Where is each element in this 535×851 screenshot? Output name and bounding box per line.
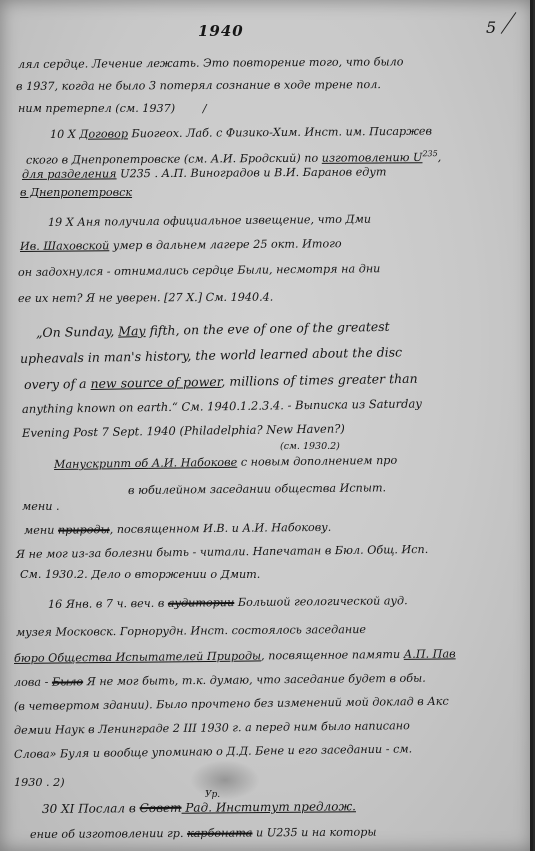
- text-line: он задохнулся - отнимались сердце Были, …: [18, 262, 381, 280]
- underlined-text: Договор: [79, 127, 128, 140]
- interlinear-note: (см. 1930.2): [280, 440, 340, 454]
- text-line: демии Наук в Ленинграде 2 III 1930 г. а …: [14, 719, 410, 738]
- text-line: ение об изготовлении гр. карбоната и U23…: [30, 826, 377, 842]
- text-line: лова - Было Я не мог быть, т.к. думаю, ч…: [14, 672, 426, 690]
- text-line: Слова» Буля и вообще упоминаю о Д.Д. Бен…: [14, 742, 412, 762]
- text-line: overy of a new source of power, millions…: [24, 372, 418, 392]
- text-line: anything known on earth.“ См. 1940.1.2.3…: [22, 396, 422, 416]
- underlined-text: Манускрипт об: [54, 457, 148, 471]
- text-line: музея Московск. Горнорудн. Инст. состоял…: [16, 623, 366, 640]
- text-line: 16 Янв. в 7 ч. веч. в аудитории Большой …: [48, 594, 408, 612]
- underlined-text: в Днепропетровск: [20, 186, 132, 199]
- underlined-text: для разделения: [22, 167, 117, 181]
- text-line: в Днепропетровск: [20, 186, 132, 200]
- struck-text: карбоната: [187, 826, 252, 839]
- struck-text: аудитории: [168, 596, 235, 610]
- text-line: для разделения U235 . А.П. Виноградов и …: [22, 165, 387, 182]
- text-line: 1930 . 2): [14, 776, 65, 790]
- text-line: 19 X Аня получила официальное извещение,…: [48, 213, 371, 230]
- underlined-text: Испытателей Природы: [115, 649, 261, 664]
- page-year: 1940: [198, 22, 244, 40]
- text-line: ним претерпел (см. 1937) /: [18, 102, 207, 116]
- text-line: мени .: [22, 500, 60, 514]
- margin-mark: [501, 12, 517, 34]
- text-line: бюро Общества Испытателей Природы, посвя…: [14, 647, 456, 666]
- text-line: „On Sunday, May fifth, on the eve of one…: [36, 320, 390, 340]
- text-line: Evening Post 7 Sept. 1940 (Philadelphia?…: [22, 421, 345, 440]
- text-line: 10 X Договор Биогеох. Лаб. с Физико-Хим.…: [50, 125, 432, 142]
- page-edge: [530, 0, 533, 851]
- text-line: в юбилейном заседании общества Испыт.: [128, 481, 386, 498]
- text-line: См. 1930.2. Дело о вторжении о Дмит.: [20, 568, 260, 582]
- struck-text: Было: [52, 675, 83, 688]
- text-line: (в четвертом здании). Было прочтено без …: [14, 695, 449, 714]
- text-line: Я не мог из-за болезни быть - читали. На…: [16, 543, 428, 562]
- text-line: мени природы, посвященном И.В. и А.И. На…: [24, 521, 331, 538]
- text-line: 30 XI Послал в Совет Рад. Институт предл…: [42, 799, 356, 816]
- ink-smudge: [190, 760, 260, 800]
- underlined-text: May: [118, 323, 146, 338]
- manuscript-page: 1940 5 лял сердце. Лечение лежать. Это п…: [0, 0, 533, 851]
- struck-text: природы: [58, 523, 110, 537]
- struck-text: Совет: [140, 801, 182, 815]
- underlined-text: А.П. Пав: [404, 647, 456, 661]
- underlined-text: Рад. Институт предлож.: [181, 799, 356, 815]
- text-line: Манускрипт об А.И. Набокове с новым допо…: [54, 454, 397, 472]
- underlined-text: бюро Общества: [14, 651, 116, 665]
- text-line: upheavals in man's history, the world le…: [20, 345, 402, 366]
- text-line: лял сердце. Лечение лежать. Это повторен…: [18, 55, 404, 72]
- text-line: в 1937, когда не было 3 потерял сознание…: [16, 78, 381, 94]
- text-line: ее их нет? Я не уверен. [27 X.] См. 1940…: [18, 291, 273, 306]
- page-number: 5: [486, 18, 496, 37]
- underlined-text: А.И. Набокове: [148, 456, 237, 470]
- underlined-text: Ив. Шаховской: [20, 239, 109, 253]
- underlined-text: new source of power: [90, 374, 221, 391]
- underlined-text: изготовлению U: [322, 151, 423, 165]
- text-line: Ив. Шаховской умер в дальнем лагере 25 о…: [20, 237, 342, 254]
